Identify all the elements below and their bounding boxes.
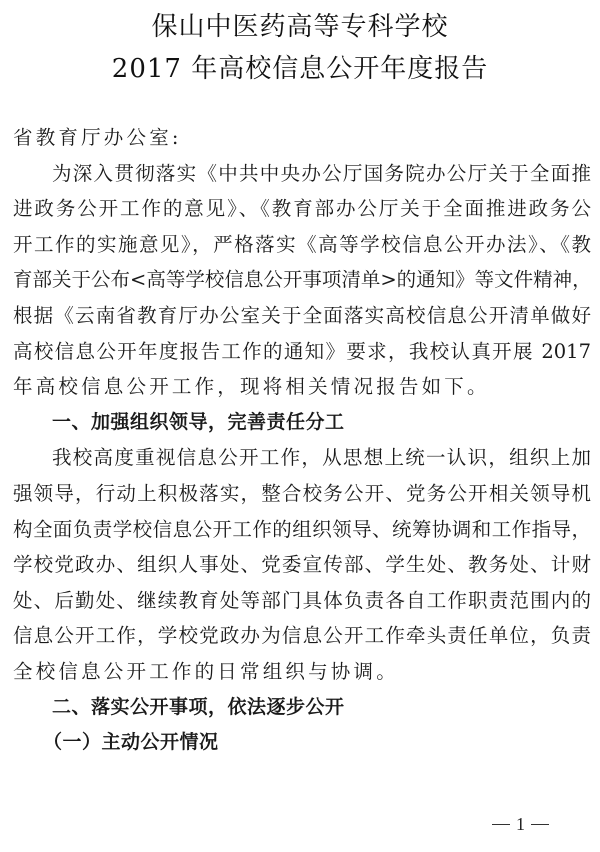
intro-line: 为深入贯彻落实《中共中央办公厅国务院办公厅关于全面推	[13, 156, 591, 192]
page-number: 1	[492, 814, 572, 835]
document-body: 省教育厅办公室: 为深入贯彻落实《中共中央办公厅国务院办公厅关于全面推 进政务公…	[13, 120, 591, 761]
salutation: 省教育厅办公室:	[13, 120, 591, 156]
intro-line: 年高校信息公开工作，现将相关情况报告如下。	[13, 369, 591, 405]
subsection-heading-1: （一）主动公开情况	[13, 725, 591, 761]
section1-line: 构全面负责学校信息公开工作的组织领导、统筹协调和工作指导，	[13, 512, 591, 548]
section-heading-2: 二、落实公开事项，依法逐步公开	[13, 690, 591, 726]
dash-left-icon	[492, 824, 510, 825]
intro-line: 开工作的实施意见》，严格落实《高等学校信息公开办法》、《教	[13, 227, 591, 263]
intro-line: 进政务公开工作的意见》、《教育部办公厅关于全面推进政务公	[13, 191, 591, 227]
document-title-report: 2017 年高校信息公开年度报告	[0, 48, 600, 85]
intro-line: 高校信息公开年度报告工作的通知》要求，我校认真开展 2017	[13, 334, 591, 370]
intro-line: 根据《云南省教育厅办公室关于全面落实高校信息公开清单做好	[13, 298, 591, 334]
document-title-school: 保山中医药高等专科学校	[0, 6, 600, 43]
section1-line: 全校信息公开工作的日常组织与协调。	[13, 654, 591, 690]
section1-line: 学校党政办、组织人事处、党委宣传部、学生处、教务处、计财	[13, 547, 591, 583]
section1-line: 信息公开工作，学校党政办为信息公开工作牵头责任单位，负责	[13, 618, 591, 654]
dash-right-icon	[531, 824, 549, 825]
section1-line: 处、后勤处、继续教育处等部门具体负责各自工作职责范围内的	[13, 583, 591, 619]
intro-line: 育部关于公布<高等学校信息公开事项清单>的通知》等文件精神，	[13, 262, 591, 298]
section1-line: 我校高度重视信息公开工作，从思想上统一认识，组织上加	[13, 440, 591, 476]
section1-line: 强领导，行动上积极落实，整合校务公开、党务公开相关领导机	[13, 476, 591, 512]
section-heading-1: 一、加强组织领导，完善责任分工	[13, 405, 591, 441]
document-page: 保山中医药高等专科学校 2017 年高校信息公开年度报告 省教育厅办公室: 为深…	[0, 0, 600, 852]
page-number-value: 1	[516, 814, 525, 835]
